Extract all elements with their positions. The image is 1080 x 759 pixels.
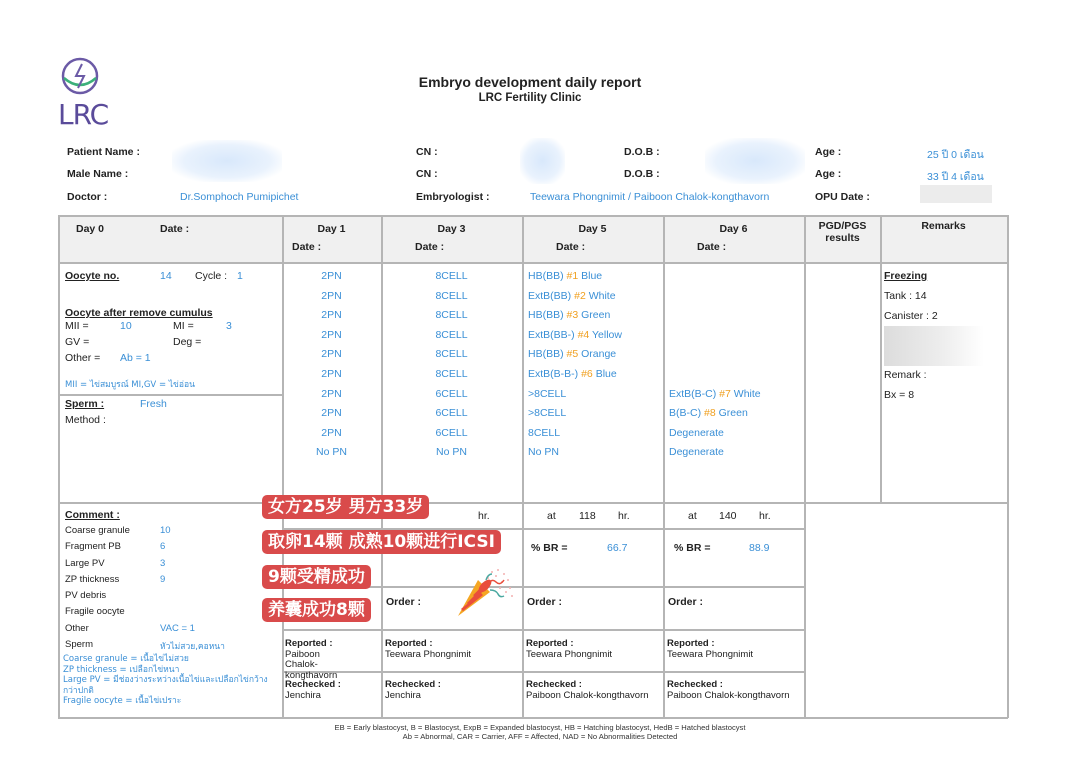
embryo-day1-7: 2PN (282, 388, 381, 408)
overlay-banner-retrieval: 取卵14颗 成熟10颗进行ICSI (262, 530, 501, 554)
day3-reported: Reported : Teewara Phongnimit (385, 639, 520, 660)
mii-value: 10 (120, 320, 132, 332)
embryo-tag-color: White (589, 290, 616, 302)
embryo-number: #5 (567, 348, 579, 360)
embryo-day6-3 (669, 309, 804, 329)
female-age: 25 ปี 0 เดือน (927, 146, 984, 163)
header-day1-date: Date : (292, 241, 321, 253)
opu-date-label: OPU Date : (815, 191, 870, 203)
day6-hours: 140 (719, 510, 737, 522)
day5-br-label: % BR = (531, 542, 567, 554)
embryo-grade: 8CELL (528, 427, 560, 439)
comment-row-label: Large PV (65, 558, 105, 569)
header-day6-date: Date : (697, 241, 726, 253)
sperm-label: Sperm : (65, 398, 104, 410)
comment-row: PV debris (65, 590, 275, 606)
comment-label: Comment : (65, 509, 120, 521)
comment-note: Coarse granule = เนื้อไข่ไม่สวย (63, 654, 278, 665)
embryo-day5-6: ExtB(B-B-) #6 Blue (528, 368, 663, 388)
age-label-female: Age : (815, 146, 841, 158)
male-name-label: Male Name : (67, 168, 128, 180)
embryo-day5-10: No PN (528, 446, 663, 466)
report-title: Embryo development daily report (330, 74, 730, 90)
comment-row-label: Fragile oocyte (65, 606, 125, 617)
day6-rechecked: Rechecked : Paiboon Chalok-kongthavorn (667, 680, 805, 701)
day1-rechecked: Rechecked : Jenchira (285, 680, 380, 701)
reported-label: Reported : (385, 639, 520, 650)
comment-row-value: VAC = 1 (160, 623, 195, 634)
header-day1: Day 1 (282, 223, 381, 235)
comment-note: ZP thickness = เปลือกไข่หนา (63, 665, 278, 676)
oocyte-no-label: Oocyte no. (65, 270, 119, 282)
embryo-number: #1 (567, 270, 579, 282)
header-day0-date: Date : (160, 223, 189, 235)
comment-row-value: 9 (160, 574, 165, 585)
embryo-grade: ExtB(BB-) (528, 329, 575, 341)
embryo-day3-1: 8CELL (381, 270, 522, 290)
header-day5-date: Date : (556, 241, 585, 253)
method-label: Method : (65, 414, 106, 426)
redacted-opu-date (920, 185, 992, 203)
reported-label: Reported : (285, 639, 380, 650)
day5-reported: Reported : Teewara Phongnimit (526, 639, 661, 660)
rechecked-name: Jenchira (385, 691, 520, 702)
embryo-grade: HB(BB) (528, 348, 564, 360)
comment-row: Fragile oocyte (65, 606, 275, 622)
embryo-day5-3: HB(BB) #3 Green (528, 309, 663, 329)
day5-embryo-list: HB(BB) #1 BlueExtB(BB) #2 WhiteHB(BB) #3… (528, 270, 663, 466)
legend-line-1: EB = Early blastocyst, B = Blastocyst, E… (200, 723, 880, 732)
embryo-grade: HB(BB) (528, 309, 564, 321)
comment-row-label: Coarse granule (65, 525, 130, 536)
embryologist-label: Embryologist : (416, 191, 490, 203)
embryo-day6-1 (669, 270, 804, 290)
reported-name: Paiboon Chalok-kongthavorn (285, 650, 355, 682)
oocyte-no: 14 (160, 270, 172, 282)
mi-label: MI = (173, 320, 194, 332)
comment-row-label: Fragment PB (65, 541, 121, 552)
embryo-tag-color: Blue (596, 368, 617, 380)
mii-label: MII = (65, 320, 89, 332)
patient-name-label: Patient Name : (67, 146, 140, 158)
embryo-day6-5 (669, 348, 804, 368)
age-label-male: Age : (815, 168, 841, 180)
embryo-grade: B(B-C) (669, 407, 701, 419)
day5-hours: 118 (579, 510, 596, 522)
reported-label: Reported : (667, 639, 802, 650)
reported-label: Reported : (526, 639, 661, 650)
comment-row-label: Other (65, 623, 89, 634)
day3-hr: hr. (478, 510, 490, 522)
comment-note: Fragile oocyte = เนื้อไข่เปราะ (63, 696, 278, 707)
mi-value: 3 (226, 320, 232, 332)
reported-name: Teewara Phongnimit (667, 650, 802, 661)
header-day6: Day 6 (663, 223, 804, 235)
embryo-day6-9: Degenerate (669, 427, 804, 447)
rechecked-label: Rechecked : (526, 680, 664, 691)
embryo-tag-color: Green (581, 309, 610, 321)
embryo-tag-color: Blue (581, 270, 602, 282)
day6-br-value: 88.9 (749, 542, 769, 554)
dob-label-female: D.O.B : (624, 146, 660, 158)
embryo-day1-9: 2PN (282, 427, 381, 447)
embryo-day3-6: 8CELL (381, 368, 522, 388)
day6-reported: Reported : Teewara Phongnimit (667, 639, 802, 660)
embryologist-value: Teewara Phongnimit / Paiboon Chalok-kong… (530, 191, 769, 203)
other-label: Other = (65, 352, 100, 364)
tank-value: Tank : 14 (884, 290, 927, 302)
header-day0: Day 0 (76, 223, 104, 235)
rechecked-label: Rechecked : (385, 680, 520, 691)
embryo-day6-2 (669, 290, 804, 310)
embryo-day6-6 (669, 368, 804, 388)
embryo-number: #6 (581, 368, 593, 380)
day0-section: Oocyte no. (65, 270, 119, 282)
day6-hr: hr. (759, 510, 771, 522)
day5-br-value: 66.7 (607, 542, 627, 554)
comment-row: Large PV3 (65, 558, 275, 574)
gv-label: GV = (65, 336, 89, 348)
comment-row-value: 6 (160, 541, 165, 552)
rechecked-name: Paiboon Chalok-kongthavorn (526, 691, 664, 702)
rechecked-name: Paiboon Chalok-kongthavorn (667, 691, 805, 702)
comment-row-label: PV debris (65, 590, 106, 601)
embryo-day3-7: 6CELL (381, 388, 522, 408)
day5-hr: hr. (618, 510, 630, 522)
embryo-day3-4: 8CELL (381, 329, 522, 349)
bx-value: Bx = 8 (884, 389, 914, 401)
canister-value: Canister : 2 (884, 310, 938, 322)
embryo-grade: Degenerate (669, 446, 724, 458)
day6-embryo-list: ExtB(B-C) #7 WhiteB(B-C) #8 GreenDegener… (669, 270, 804, 466)
day5-order-label: Order : (527, 596, 562, 608)
rechecked-name: Jenchira (285, 691, 380, 702)
overlay-banner-ages: 女方25岁 男方33岁 (262, 495, 429, 519)
embryo-grade: HB(BB) (528, 270, 564, 282)
embryo-day6-10: Degenerate (669, 446, 804, 466)
embryo-grade: >8CELL (528, 388, 566, 400)
embryo-number: #4 (578, 329, 590, 341)
day6-at: at (688, 510, 697, 522)
doctor-label: Doctor : (67, 191, 107, 203)
embryo-day3-5: 8CELL (381, 348, 522, 368)
other-value: Ab = 1 (120, 352, 151, 364)
day6-br-label: % BR = (674, 542, 710, 554)
day3-order-label: Order : (386, 596, 421, 608)
reported-name: Teewara Phongnimit (526, 650, 661, 661)
embryo-day5-9: 8CELL (528, 427, 663, 447)
redacted-names (172, 140, 282, 182)
comment-note: Large PV = มีช่องว่างระหว่างเนื้อไข่และเ… (63, 675, 278, 696)
comment-row-value: 3 (160, 558, 165, 569)
embryo-day5-8: >8CELL (528, 407, 663, 427)
comment-row-label: ZP thickness (65, 574, 119, 585)
embryo-number: #2 (574, 290, 586, 302)
comment-row-value: หัวไม่สวย,คอหนา (160, 639, 225, 653)
embryo-day1-2: 2PN (282, 290, 381, 310)
overlay-banner-fertilized: 9颗受精成功 (262, 565, 371, 589)
comment-notes: Coarse granule = เนื้อไข่ไม่สวยZP thickn… (63, 654, 278, 707)
embryo-day3-8: 6CELL (381, 407, 522, 427)
comment-row: OtherVAC = 1 (65, 623, 275, 639)
header-remarks: Remarks (880, 220, 1007, 232)
embryo-day6-8: B(B-C) #8 Green (669, 407, 804, 427)
embryo-day1-3: 2PN (282, 309, 381, 329)
comment-rows: Coarse granule10Fragment PB6Large PV3ZP … (65, 525, 275, 655)
lrc-logo-icon (60, 56, 100, 96)
day1-reported: Reported : Paiboon Chalok-kongthavorn (285, 639, 380, 681)
day1-embryo-list: 2PN2PN2PN2PN2PN2PN2PN2PN2PNNo PN (282, 270, 381, 466)
male-age: 33 ปี 4 เดือน (927, 168, 984, 185)
day3-embryo-list: 8CELL8CELL8CELL8CELL8CELL8CELL6CELL6CELL… (381, 270, 522, 466)
embryo-day1-4: 2PN (282, 329, 381, 349)
embryo-day5-2: ExtB(BB) #2 White (528, 290, 663, 310)
day5-at: at (547, 510, 556, 522)
comment-row: Spermหัวไม่สวย,คอหนา (65, 639, 275, 655)
embryo-day5-5: HB(BB) #5 Orange (528, 348, 663, 368)
logo-text: LRC (58, 98, 108, 131)
embryo-day5-1: HB(BB) #1 Blue (528, 270, 663, 290)
header-pgd: PGD/PGS results (815, 220, 870, 244)
after-cumulus-label: Oocyte after remove cumulus (65, 307, 213, 319)
comment-row: Coarse granule10 (65, 525, 275, 541)
party-popper-icon (452, 566, 516, 622)
oocyte-note: MII = ไข่สมบูรณ์ MI,GV = ไข่อ่อน (65, 377, 195, 391)
dob-label-male: D.O.B : (624, 168, 660, 180)
clinic-name: LRC Fertility Clinic (330, 92, 730, 104)
freezing-label: Freezing (884, 270, 927, 282)
embryo-tag-color: Yellow (592, 329, 622, 341)
embryo-day6-7: ExtB(B-C) #7 White (669, 388, 804, 408)
day6-order-label: Order : (668, 596, 703, 608)
rechecked-label: Rechecked : (285, 680, 380, 691)
embryo-number: #8 (704, 407, 716, 419)
comment-row-value: 10 (160, 525, 171, 536)
embryo-day6-4 (669, 329, 804, 349)
day5-rechecked: Rechecked : Paiboon Chalok-kongthavorn (526, 680, 664, 701)
embryo-grade: No PN (528, 446, 559, 458)
embryo-grade: ExtB(B-C) (669, 388, 716, 400)
redacted-remark (884, 326, 984, 366)
sperm-value: Fresh (140, 398, 167, 410)
embryo-day5-7: >8CELL (528, 388, 663, 408)
reported-name: Teewara Phongnimit (385, 650, 520, 661)
doctor-value: Dr.Somphoch Pumipichet (180, 191, 298, 203)
embryo-grade: Degenerate (669, 427, 724, 439)
embryo-tag-color: White (734, 388, 761, 400)
embryo-grade: ExtB(B-B-) (528, 368, 578, 380)
cycle-label: Cycle : (195, 270, 227, 282)
rechecked-label: Rechecked : (667, 680, 805, 691)
embryo-number: #3 (567, 309, 579, 321)
embryo-day3-3: 8CELL (381, 309, 522, 329)
abbreviation-legend: EB = Early blastocyst, B = Blastocyst, E… (200, 723, 880, 741)
remark-label: Remark : (884, 369, 927, 381)
embryo-day1-5: 2PN (282, 348, 381, 368)
cn-label-male: CN : (416, 168, 438, 180)
embryo-number: #7 (719, 388, 731, 400)
comment-row: Fragment PB6 (65, 541, 275, 557)
embryo-day1-8: 2PN (282, 407, 381, 427)
embryo-day1-10: No PN (282, 446, 381, 466)
embryo-day3-9: 6CELL (381, 427, 522, 447)
header-day3-date: Date : (415, 241, 444, 253)
embryo-grade: ExtB(BB) (528, 290, 571, 302)
redacted-cn (520, 138, 565, 184)
cn-label-female: CN : (416, 146, 438, 158)
embryo-day3-10: No PN (381, 446, 522, 466)
comment-row: ZP thickness9 (65, 574, 275, 590)
redacted-dob (705, 138, 805, 184)
embryo-grade: >8CELL (528, 407, 566, 419)
day3-rechecked: Rechecked : Jenchira (385, 680, 520, 701)
comment-row-label: Sperm (65, 639, 93, 650)
header-day3: Day 3 (381, 223, 522, 235)
embryo-day3-2: 8CELL (381, 290, 522, 310)
legend-line-2: Ab = Abnormal, CAR = Carrier, AFF = Affe… (200, 732, 880, 741)
lrc-logo: LRC (58, 56, 108, 132)
cycle-value: 1 (237, 270, 243, 282)
embryo-tag-color: Orange (581, 348, 616, 360)
header-day5: Day 5 (522, 223, 663, 235)
deg-label: Deg = (173, 336, 201, 348)
embryo-day1-1: 2PN (282, 270, 381, 290)
overlay-banner-blastocysts: 养囊成功8颗 (262, 598, 371, 622)
embryo-tag-color: Green (719, 407, 748, 419)
embryo-day5-4: ExtB(BB-) #4 Yellow (528, 329, 663, 349)
embryo-day1-6: 2PN (282, 368, 381, 388)
